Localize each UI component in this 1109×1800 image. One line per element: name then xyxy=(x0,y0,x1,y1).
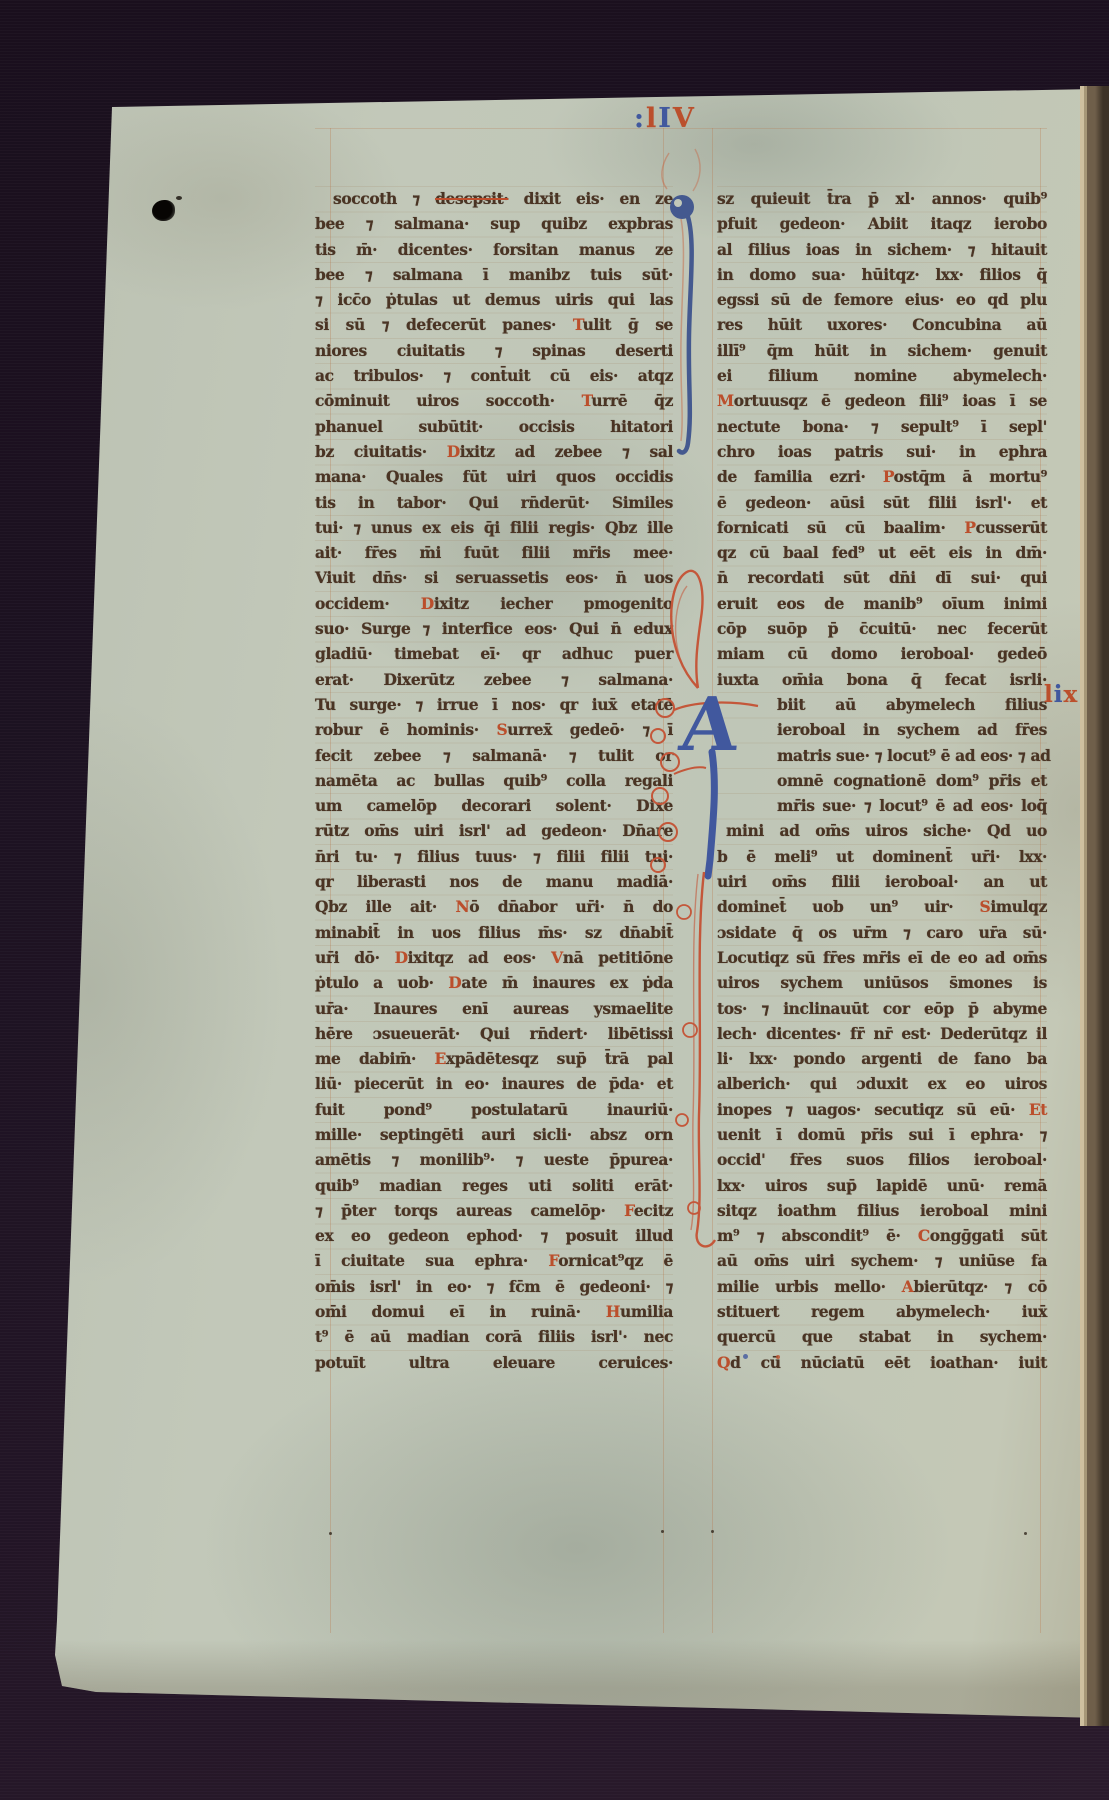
text-line: biit aū abymelech filius xyxy=(717,692,1047,717)
ink-text: matris sue· ⁊ locut⁹ ē ad eos· ⁊ ad xyxy=(777,746,1051,765)
ink-text: niores ciuitatis ⁊ spinas deserti xyxy=(315,341,673,360)
book-fore-edge xyxy=(1080,86,1109,1726)
text-line: lxx· uiros sup̄ lapidē unū· remā xyxy=(717,1173,1047,1198)
ink-text: om̄i domui eī in ruinā· xyxy=(315,1302,606,1321)
text-line: ur̄i dō· Dixitqz ad eos· Vnā petitiōne xyxy=(315,945,673,970)
text-line: me dabim̄· Expādētesqz sup̄ t̄rā pal xyxy=(315,1046,673,1071)
ink-text: ac tribulos· ⁊ cont̄uit cū eis· atqz xyxy=(315,366,673,385)
text-line: ait· fr̄es m̄i fuūt filii mr̄is mee· xyxy=(315,540,673,565)
rubricated-text: : xyxy=(634,103,646,134)
ink-text: ⁊ icc̄o ṗtulas ut demus uiris qui las xyxy=(315,290,673,309)
pricking-hole xyxy=(329,1532,332,1535)
rubricated-text: D xyxy=(395,948,408,967)
ink-text: uenit ī domū pr̄is sui ī ephra· ⁊ xyxy=(717,1125,1047,1144)
ink-text: quib⁹ madian reges uti soliti erāt· xyxy=(315,1176,673,1195)
rubricated-text: V xyxy=(673,103,696,134)
ink-text: bee ⁊ salmana ī manibz tuis sūt· xyxy=(315,265,673,284)
ink-text: ɔsidate q̄ os ur̄m ⁊ caro ur̄a sū· xyxy=(717,923,1047,942)
text-line: ē gedeon· aūsi sūt filii isrl'· et xyxy=(717,490,1047,515)
ink-text: ait· fr̄es m̄i fuūt filii mr̄is mee· xyxy=(315,543,673,562)
ink-text: Locutiqz sū fr̄es mr̄is eī de eo ad om̄s xyxy=(717,948,1047,967)
text-line: ⁊ icc̄o ṗtulas ut demus uiris qui las xyxy=(315,287,673,312)
ink-text: tis in tabor· Qui rn̄derūt· Similes xyxy=(315,493,673,512)
text-line: amētis ⁊ monilib⁹· ⁊ ueste p̄purea· xyxy=(315,1147,673,1172)
text-line: n̄ recordati sūt dn̄i dī sui· qui xyxy=(717,565,1047,590)
text-line: liū· piecerūt in eo· inaures de p̄da· et xyxy=(315,1071,673,1096)
ink-text: ī ciuitate sua ephra· xyxy=(315,1251,548,1270)
blue-speck xyxy=(743,1354,748,1359)
rubricated-text: C xyxy=(918,1226,930,1245)
rubricated-text: i xyxy=(1054,681,1064,708)
text-line: iuxta om̄ia bona q̄ fecat isrli· xyxy=(717,667,1047,692)
text-line: tis m̄· dicentes· forsitan manus ze xyxy=(315,237,673,262)
ink-text: res hūit uxores· Concubina aū xyxy=(717,315,1047,334)
ink-text: ō dn̄abor ur̄i· n̄ do xyxy=(469,897,673,916)
text-line: um camelōp decorari solent· Dixe xyxy=(315,793,673,818)
ink-text: sz quieuit t̄ra p̄ xl· annos· quib⁹ xyxy=(717,189,1047,208)
ink-text: li· lxx· pondo argenti de fano ba xyxy=(717,1049,1047,1068)
text-line: Locutiqz sū fr̄es mr̄is eī de eo ad om̄s xyxy=(717,945,1047,970)
text-line: mini ad om̄s uiros siche· Qd uo xyxy=(717,818,1047,843)
ink-text: ulit ḡ se xyxy=(583,315,673,334)
text-line: ⁊ p̄ter torqs aureas camelōp· Fecitz xyxy=(315,1198,673,1223)
ink-text: hēre ɔsueuerāt· Qui rn̄dert· libētissi xyxy=(315,1024,673,1043)
ink-text: mana· Quales fūt uiri quos occidis xyxy=(315,467,673,486)
text-line: cōminuit uiros soccoth· Turrē q̄z xyxy=(315,388,673,413)
text-line: illī⁹ q̄m hūit in sichem· genuit xyxy=(717,338,1047,363)
ink-text: uiros sychem uniūsos s̄mones is xyxy=(717,973,1047,992)
ink-text: tis m̄· dicentes· forsitan manus ze xyxy=(315,240,673,259)
rubricated-text: E xyxy=(434,1049,445,1068)
ink-text: ate m̄ inaures ex ṗda xyxy=(461,973,673,992)
text-line: bz ciuitatis· Dixitz ad zebee ⁊ sal xyxy=(315,439,673,464)
ink-text: al filius ioas in sichem· ⁊ hitauit xyxy=(717,240,1047,259)
text-line: ex eo gedeon ephod· ⁊ posuit illud xyxy=(315,1223,673,1248)
ink-text: uiri om̄s filii ieroboal· an ut xyxy=(717,872,1047,891)
ink-text: ornicat⁹qz ē xyxy=(558,1251,673,1270)
ink-text: phanuel subūtit· occisis hitatori xyxy=(315,417,673,436)
text-line: gladiū· timebat eī· qr adhuc puer xyxy=(315,641,673,666)
ink-text: eruit eos de manib⁹ oīum inimi xyxy=(717,594,1047,613)
text-line: ieroboal in sychem ad fr̄es xyxy=(717,717,1047,742)
photograph-scene: :lIV soccoth ⁊ descpsit· dixit eis· en z… xyxy=(0,0,1109,1800)
rubricated-text: I xyxy=(658,103,673,134)
rubricated-text: Et xyxy=(1029,1100,1047,1119)
chapter-header-numeral: :lIV xyxy=(634,103,696,134)
ink-text: mille· septingēti auri sicli· absz orn xyxy=(315,1125,673,1144)
ink-text: bee ⁊ salmana· sup quibz expbras xyxy=(315,214,673,233)
text-line: miam cū domo ieroboal· gedeō xyxy=(717,641,1047,666)
rubricated-text: P xyxy=(964,518,975,537)
ink-text: suo· Surge ⁊ interfice eos· Qui n̄ edux xyxy=(315,619,673,638)
ink-text: occid' fr̄es suos filios ieroboal· xyxy=(717,1150,1047,1169)
text-line: sz quieuit t̄ra p̄ xl· annos· quib⁹ xyxy=(717,186,1047,211)
rubricated-text: x xyxy=(1064,681,1079,708)
ink-text: erat· Dixerūtz zebee ⁊ salmana· xyxy=(315,670,673,689)
text-line: mana· Quales fūt uiri quos occidis xyxy=(315,464,673,489)
rubricated-text: l xyxy=(646,103,658,134)
ink-text: biit aū abymelech filius xyxy=(777,695,1047,714)
ruling-line-right-inner xyxy=(712,128,713,1633)
ink-text: ortuusqz ē gedeon fili⁹ ioas ī se xyxy=(734,391,1047,410)
text-line: t⁹ ē aū madian corā filiis isrl'· nec xyxy=(315,1324,673,1349)
text-line: Tu surge· ⁊ irrue ī nos· qr iux̄ etatē xyxy=(315,692,673,717)
ink-text: bz ciuitatis· xyxy=(315,442,447,461)
text-line: hēre ɔsueuerāt· Qui rn̄dert· libētissi xyxy=(315,1021,673,1046)
rubricated-text: D xyxy=(448,973,461,992)
ink-text: n̄ recordati sūt dn̄i dī sui· qui xyxy=(717,568,1047,587)
ink-text: n̄ri tu· ⁊ filius tuus· ⁊ filii filii tu… xyxy=(315,847,673,866)
ink-text: t⁹ ē aū madian corā filiis isrl'· nec xyxy=(315,1327,673,1346)
ink-text: soccoth ⁊ xyxy=(333,189,435,208)
text-line: bee ⁊ salmana ī manibz tuis sūt· xyxy=(315,262,673,287)
text-line: tui· ⁊ unus ex eis q̄i filii regis· Qbz … xyxy=(315,515,673,540)
ink-text: cusserūt xyxy=(976,518,1047,537)
text-line: eruit eos de manib⁹ oīum inimi xyxy=(717,591,1047,616)
rubricated-text: D xyxy=(447,442,460,461)
ink-text: ex eo gedeon ephod· ⁊ posuit illud xyxy=(315,1226,673,1245)
text-line: qz cū baal fed⁹ ut eēt eis in dm̄· xyxy=(717,540,1047,565)
text-line: al filius ioas in sichem· ⁊ hitauit xyxy=(717,237,1047,262)
rubricated-text: Q xyxy=(717,1353,730,1372)
ink-text: cōp suōp p̄ c̄cuitū· nec fecerūt xyxy=(717,619,1047,638)
text-line: om̄is isrl' in eo· ⁊ fc̄m ē gedeoni· ⁊ xyxy=(315,1274,673,1299)
text-line: ei filium nomine abymelech· xyxy=(717,363,1047,388)
text-line: omnē cognationē dom⁹ pr̄is et xyxy=(717,768,1047,793)
text-line: uiri om̄s filii ieroboal· an ut xyxy=(717,869,1047,894)
text-line: Qbz ille ait· Nō dn̄abor ur̄i· n̄ do xyxy=(315,894,673,919)
ink-text: om̄is isrl' in eo· ⁊ fc̄m ē gedeoni· ⁊ xyxy=(315,1277,673,1296)
text-column-right: sz quieuit t̄ra p̄ xl· annos· quib⁹pfuit… xyxy=(717,186,1047,1375)
ink-text: pfuit gedeon· Abiit itaqz ierobo xyxy=(717,214,1047,233)
fore-edge-texture xyxy=(1080,86,1109,1726)
ink-text: egssi sū de femore eius· eo qd plu xyxy=(717,290,1047,309)
text-line: Mortuusqz ē gedeon fili⁹ ioas ī se xyxy=(717,388,1047,413)
text-line: mr̄is sue· ⁊ locut⁹ ē ad eos· loq̄ xyxy=(717,793,1047,818)
ink-text: ē gedeon· aūsi sūt filii isrl'· et xyxy=(717,493,1047,512)
ink-text: si sū ⁊ defecerūt panes· xyxy=(315,315,573,334)
ink-text: nectute bona· ⁊ sepult⁹ ī sepl' xyxy=(717,417,1047,436)
ink-text: ongḡgati sūt xyxy=(930,1226,1047,1245)
text-line: niores ciuitatis ⁊ spinas deserti xyxy=(315,338,673,363)
rubricated-text: H xyxy=(606,1302,620,1321)
text-line: matris sue· ⁊ locut⁹ ē ad eos· ⁊ ad xyxy=(717,743,1047,768)
pricking-hole xyxy=(1024,1532,1027,1535)
text-line: tis in tabor· Qui rn̄derūt· Similes xyxy=(315,490,673,515)
pricking-hole xyxy=(661,1530,664,1533)
ink-text: qr liberasti nos de manu madiā· xyxy=(315,872,673,891)
ink-text: ur̄i dō· xyxy=(315,948,395,967)
ink-text: me dabim̄· xyxy=(315,1049,434,1068)
ink-text: tui· ⁊ unus ex eis q̄i filii regis· Qbz … xyxy=(315,518,673,537)
ink-text: fuit pond⁹ postulatarū inauriū· xyxy=(315,1100,673,1119)
ink-text: milie urbis mello· xyxy=(717,1277,902,1296)
ink-text: potuīt ultra eleuare ceruices· xyxy=(315,1353,673,1372)
ink-text: omnē cognationē dom⁹ pr̄is et xyxy=(777,771,1047,790)
text-line: n̄ri tu· ⁊ filius tuus· ⁊ filii filii tu… xyxy=(315,844,673,869)
ink-text: qz cū baal fed⁹ ut eēt eis in dm̄· xyxy=(717,543,1047,562)
rubricated-text: S xyxy=(980,897,991,916)
ink-text: xpādētesqz sup̄ t̄rā pal xyxy=(446,1049,673,1068)
ink-text: minabit̄ in uos filius m̄s· sz dn̄abit̄ xyxy=(315,923,673,942)
ink-text: rūtz om̄s uiri isrl' ad gedeon· Dn̄are xyxy=(315,821,673,840)
ink-text: Qbz ille ait· xyxy=(315,897,456,916)
rubricated-text: P xyxy=(883,467,894,486)
ink-text: iuxta om̄ia bona q̄ fecat isrli· xyxy=(717,670,1047,689)
ink-text: dominet̄ uob un⁹ uir· xyxy=(717,897,980,916)
text-line: qr liberasti nos de manu madiā· xyxy=(315,869,673,894)
text-line: ɔsidate q̄ os ur̄m ⁊ caro ur̄a sū· xyxy=(717,920,1047,945)
ink-text: fecit zebee ⁊ salmanā· ⁊ tulit or xyxy=(315,746,673,765)
text-line: robur ē hominis· Surrex̄ gedeō· ⁊ ī xyxy=(315,717,673,742)
text-line: phanuel subūtit· occisis hitatori xyxy=(315,414,673,439)
text-line: si sū ⁊ defecerūt panes· Tulit ḡ se xyxy=(315,312,673,337)
text-line: quercū que stabat in sychem· xyxy=(717,1324,1047,1349)
ink-text: amētis ⁊ monilib⁹· ⁊ ueste p̄purea· xyxy=(315,1150,673,1169)
manuscript-page: :lIV soccoth ⁊ descpsit· dixit eis· en z… xyxy=(0,0,1109,1800)
ink-text: cōminuit uiros soccoth· xyxy=(315,391,582,410)
ink-text: Tu surge· ⁊ irrue ī nos· qr iux̄ etatē xyxy=(315,695,673,714)
ink-text: urrē q̄z xyxy=(591,391,673,410)
text-line: namēta ac bullas quib⁹ colla regali xyxy=(315,768,673,793)
ink-text: ieroboal in sychem ad fr̄es xyxy=(777,720,1047,739)
text-line: lech· dicentes· fr̄ nr̄ est· Dederūtqz i… xyxy=(717,1021,1047,1046)
text-line: cōp suōp p̄ c̄cuitū· nec fecerūt xyxy=(717,616,1047,641)
ink-text: gladiū· timebat eī· qr adhuc puer xyxy=(315,644,673,663)
text-line: occid' fr̄es suos filios ieroboal· xyxy=(717,1147,1047,1172)
ink-text: ixitqz ad eos· xyxy=(408,948,551,967)
ink-text: imulqz xyxy=(990,897,1047,916)
ink-text: ecitz xyxy=(634,1201,673,1220)
text-line: fuit pond⁹ postulatarū inauriū· xyxy=(315,1097,673,1122)
ink-text: aū om̄s uiri sychem· ⁊ uniūse fa xyxy=(717,1251,1047,1270)
text-line: soccoth ⁊ descpsit· dixit eis· en ze xyxy=(315,186,673,211)
rubricated-text: F xyxy=(548,1251,558,1270)
ink-text: ei filium nomine abymelech· xyxy=(717,366,1047,385)
ink-text: liū· piecerūt in eo· inaures de p̄da· et xyxy=(315,1074,673,1093)
ink-text: illī⁹ q̄m hūit in sichem· genuit xyxy=(717,341,1047,360)
text-line: uenit ī domū pr̄is sui ī ephra· ⁊ xyxy=(717,1122,1047,1147)
ink-text: um camelōp decorari solent· Dixe xyxy=(315,796,673,815)
ink-text: miam cū domo ieroboal· gedeō xyxy=(717,644,1047,663)
rubricated-text: V xyxy=(551,948,563,967)
text-line: erat· Dixerūtz zebee ⁊ salmana· xyxy=(315,667,673,692)
text-line: om̄i domui eī in ruinā· Humilia xyxy=(315,1299,673,1324)
margin-chapter-numeral: lix xyxy=(1044,681,1078,708)
text-line: dominet̄ uob un⁹ uir· Simulqz xyxy=(717,894,1047,919)
text-line: aū om̄s uiri sychem· ⁊ uniūse fa xyxy=(717,1248,1047,1273)
rubricated-text: A xyxy=(902,1277,914,1296)
ink-text: ostq̄m ā mortu⁹ xyxy=(894,467,1047,486)
ink-text: mini ad om̄s uiros siche· Qd uo xyxy=(726,821,1047,840)
ink-text: ixitz ad zebee ⁊ sal xyxy=(460,442,673,461)
rubricated-text: l xyxy=(1044,681,1054,708)
text-line: tos· ⁊ inclinauūt cor eōp p̄ abyme xyxy=(717,996,1047,1021)
ink-text: robur ē hominis· xyxy=(315,720,496,739)
text-line: ī ciuitate sua ephra· Fornicat⁹qz ē xyxy=(315,1248,673,1273)
text-line: bee ⁊ salmana· sup quibz expbras xyxy=(315,211,673,236)
wormhole-stain xyxy=(152,200,175,221)
text-line: suo· Surge ⁊ interfice eos· Qui n̄ edux xyxy=(315,616,673,641)
ink-text: lxx· uiros sup̄ lapidē unū· remā xyxy=(717,1176,1047,1195)
text-line: minabit̄ in uos filius m̄s· sz dn̄abit̄ xyxy=(315,920,673,945)
ink-text: namēta ac bullas quib⁹ colla regali xyxy=(315,771,673,790)
text-line: de familia ezri· Postq̄m ā mortu⁹ xyxy=(717,464,1047,489)
text-column-left: soccoth ⁊ descpsit· dixit eis· en zebee … xyxy=(315,186,673,1375)
ink-text: sitqz ioathm filius ieroboal mini xyxy=(717,1201,1047,1220)
text-line: egssi sū de femore eius· eo qd plu xyxy=(717,287,1047,312)
text-line: li· lxx· pondo argenti de fano ba xyxy=(717,1046,1047,1071)
ink-text: Viuit dn̄s· si seruassetis eos· n̄ uos xyxy=(315,568,673,587)
ink-text: occidem· xyxy=(315,594,421,613)
ink-text: quercū que stabat in sychem· xyxy=(717,1327,1047,1346)
ink-text: stituert regem abymelech· iux̄ xyxy=(717,1302,1047,1321)
ink-speck xyxy=(176,196,182,200)
text-line: occidem· Dixitz iecher pmogenito xyxy=(315,591,673,616)
ink-text: tos· ⁊ inclinauūt cor eōp p̄ abyme xyxy=(717,999,1047,1018)
text-line: ṗtulo a uob· Date m̄ inaures ex ṗda xyxy=(315,970,673,995)
ink-text: chro ioas patris sui· in ephra xyxy=(717,442,1047,461)
text-line: res hūit uxores· Concubina aū xyxy=(717,312,1047,337)
text-line: chro ioas patris sui· in ephra xyxy=(717,439,1047,464)
text-line: fornicati sū cū baalim· Pcusserūt xyxy=(717,515,1047,540)
rubricated-text: D xyxy=(421,594,434,613)
ink-text: umilia xyxy=(620,1302,673,1321)
text-line: potuīt ultra eleuare ceruices· xyxy=(315,1350,673,1375)
rubricated-text: descpsit· xyxy=(435,189,508,208)
text-line: m⁹ ⁊ abscondit⁹ ē· Congḡgati sūt xyxy=(717,1223,1047,1248)
text-line: rūtz om̄s uiri isrl' ad gedeon· Dn̄are xyxy=(315,818,673,843)
ink-text: b ē meli⁹ ut dominent̄ ur̄i· lxx· xyxy=(717,847,1047,866)
ink-text: de familia ezri· xyxy=(717,467,883,486)
text-line: pfuit gedeon· Abiit itaqz ierobo xyxy=(717,211,1047,236)
text-line: fecit zebee ⁊ salmanā· ⁊ tulit or xyxy=(315,743,673,768)
text-line: Viuit dn̄s· si seruassetis eos· n̄ uos xyxy=(315,565,673,590)
rubricated-text: N xyxy=(456,897,470,916)
text-line: mille· septingēti auri sicli· absz orn xyxy=(315,1122,673,1147)
ink-text: lech· dicentes· fr̄ nr̄ est· Dederūtqz i… xyxy=(717,1024,1047,1043)
red-speck xyxy=(776,1355,780,1359)
rubricated-text: F xyxy=(624,1201,634,1220)
pricking-hole xyxy=(711,1530,714,1533)
text-line: sitqz ioathm filius ieroboal mini xyxy=(717,1198,1047,1223)
text-line: Qd cū nūciatū eēt ioathan· iuit xyxy=(717,1350,1047,1375)
ink-text: alberich· qui ɔduxit ex eo uiros xyxy=(717,1074,1047,1093)
ink-text: ⁊ p̄ter torqs aureas camelōp· xyxy=(315,1201,624,1220)
text-line: ac tribulos· ⁊ cont̄uit cū eis· atqz xyxy=(315,363,673,388)
ink-text: ṗtulo a uob· xyxy=(315,973,448,992)
text-line: uiros sychem uniūsos s̄mones is xyxy=(717,970,1047,995)
ink-text: dixit eis· en ze xyxy=(508,189,673,208)
ink-text: m⁹ ⁊ abscondit⁹ ē· xyxy=(717,1226,918,1245)
ink-text: mr̄is sue· ⁊ locut⁹ ē ad eos· loq̄ xyxy=(777,796,1047,815)
rubricated-text: M xyxy=(717,391,734,410)
ink-text: nā petitiōne xyxy=(563,948,673,967)
ink-text: urrex̄ gedeō· ⁊ ī xyxy=(507,720,673,739)
text-line: stituert regem abymelech· iux̄ xyxy=(717,1299,1047,1324)
text-line: ur̄a· Inaures enī aureas ysmaelite xyxy=(315,996,673,1021)
ink-text: ixitz iecher pmogenito xyxy=(434,594,673,613)
rubricated-text: T xyxy=(573,315,583,334)
text-line: in domo sua· hūitqz· lxx· filios q̄ xyxy=(717,262,1047,287)
text-line: inopes ⁊ uagos· secutiqz sū eū· Et xyxy=(717,1097,1047,1122)
rubricated-text: S xyxy=(496,720,507,739)
ink-text: bierūtqz· ⁊ cō xyxy=(913,1277,1047,1296)
text-line: alberich· qui ɔduxit ex eo uiros xyxy=(717,1071,1047,1096)
ink-text: inopes ⁊ uagos· secutiqz sū eū· xyxy=(717,1100,1029,1119)
ink-text: in domo sua· hūitqz· lxx· filios q̄ xyxy=(717,265,1047,284)
ink-text: fornicati sū cū baalim· xyxy=(717,518,964,537)
ink-text: ur̄a· Inaures enī aureas ysmaelite xyxy=(315,999,673,1018)
text-line: nectute bona· ⁊ sepult⁹ ī sepl' xyxy=(717,414,1047,439)
text-line: milie urbis mello· Abierūtqz· ⁊ cō xyxy=(717,1274,1047,1299)
text-line: b ē meli⁹ ut dominent̄ ur̄i· lxx· xyxy=(717,844,1047,869)
text-line: quib⁹ madian reges uti soliti erāt· xyxy=(315,1173,673,1198)
rubricated-text: T xyxy=(582,391,592,410)
